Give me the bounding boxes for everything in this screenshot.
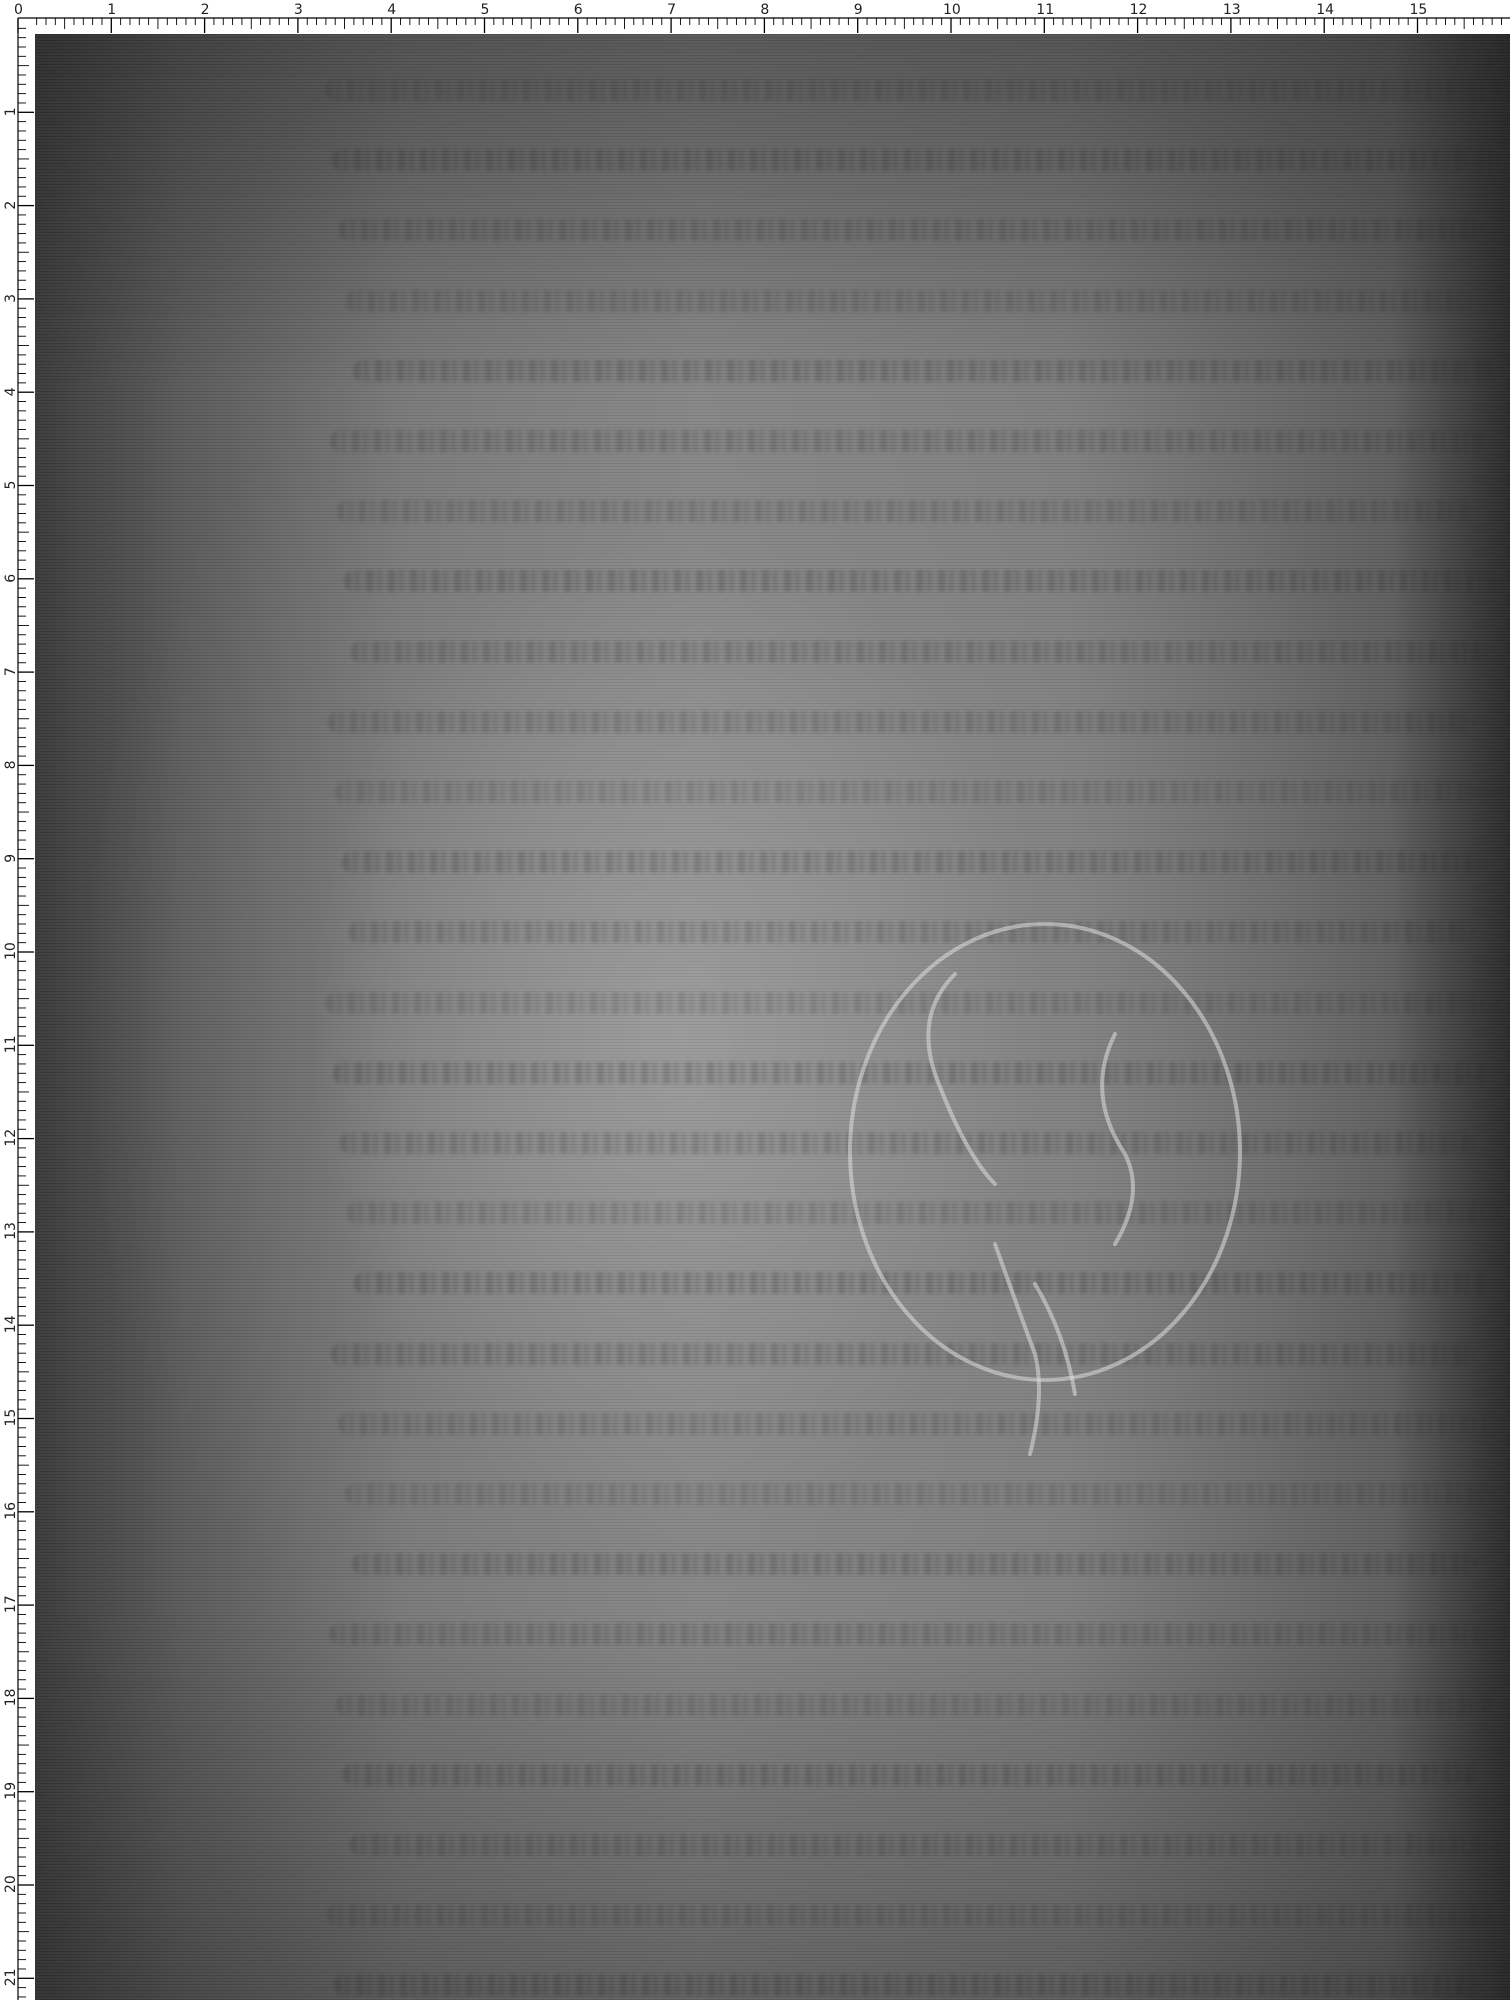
ruler-left-label: 3	[3, 294, 19, 303]
ruler-top-label: 15	[1410, 2, 1428, 18]
ruler-left-label: 18	[3, 1689, 19, 1707]
ruler-left-label: 9	[3, 854, 19, 863]
ruler-left-label: 20	[3, 1875, 19, 1893]
ruler-top-label: 14	[1316, 2, 1334, 18]
ruler-left-label: 21	[3, 1968, 19, 1986]
ruler-left-label: 19	[3, 1782, 19, 1800]
measurement-rulers: 0123456789101112131415123456789101112131…	[0, 0, 1510, 2000]
ruler-left-label: 10	[3, 942, 19, 960]
ruler-left-label: 14	[3, 1315, 19, 1333]
ruler-left-label: 15	[3, 1409, 19, 1427]
ruler-left-label: 17	[3, 1595, 19, 1613]
ruler-left-label: 5	[3, 481, 19, 490]
ruler-top-label: 0	[14, 2, 23, 18]
ruler-top-label: 10	[943, 2, 961, 18]
ruler-top-label: 11	[1036, 2, 1054, 18]
ruler-left-label: 8	[3, 760, 19, 769]
ruler-left-label: 6	[3, 574, 19, 583]
ruler-top-label: 3	[294, 2, 303, 18]
ruler-left-label: 11	[3, 1035, 19, 1053]
ruler-left-label: 7	[3, 667, 19, 676]
ruler-left-label: 16	[3, 1502, 19, 1520]
ruler-left-label: 13	[3, 1222, 19, 1240]
ruler-top-label: 6	[574, 2, 583, 18]
ruler-top-label: 4	[387, 2, 396, 18]
ruler-left-label: 4	[3, 387, 19, 396]
ruler-top-label: 9	[854, 2, 863, 18]
ruler-left-label: 2	[3, 201, 19, 210]
ruler-top-label: 2	[201, 2, 210, 18]
ruler-top-label: 13	[1223, 2, 1241, 18]
ruler-top-label: 12	[1130, 2, 1148, 18]
ruler-top-label: 8	[760, 2, 769, 18]
ruler-top-label: 7	[667, 2, 676, 18]
ruler-top-label: 5	[481, 2, 490, 18]
ruler-top-label: 1	[107, 2, 116, 18]
ruler-left-label: 12	[3, 1129, 19, 1147]
ruler-left-label: 1	[3, 107, 19, 116]
